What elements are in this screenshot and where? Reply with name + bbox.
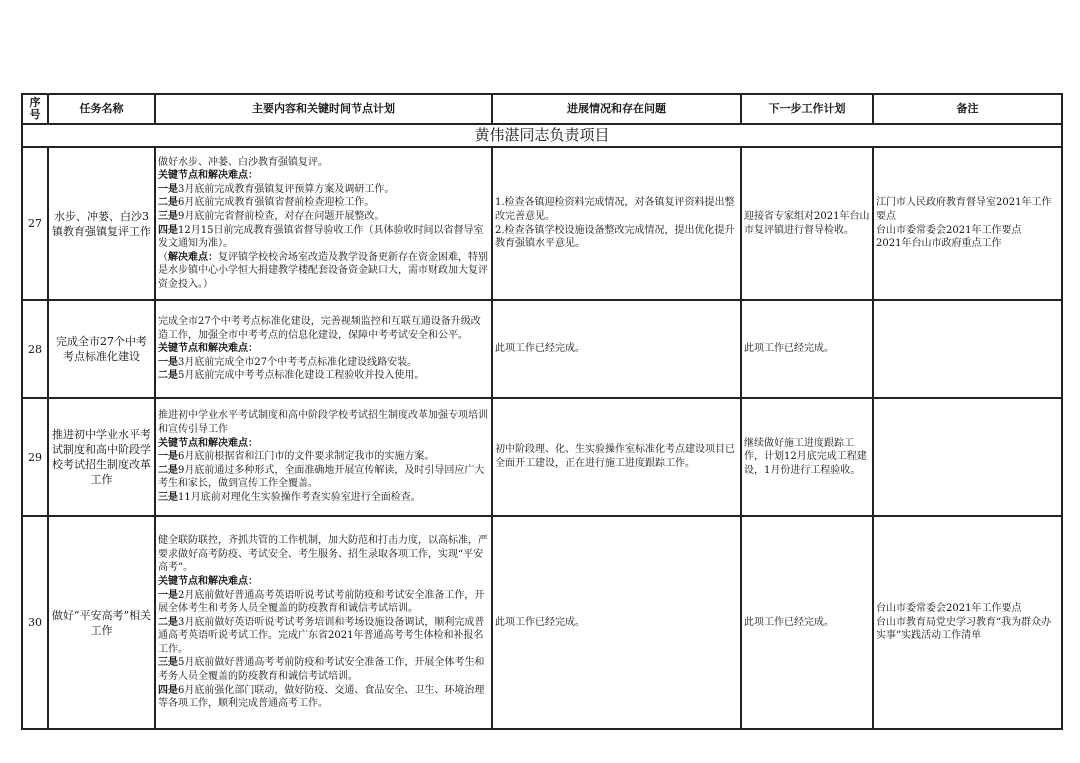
row-progress: 此项工作已经完成。 [492, 300, 741, 398]
header-next: 下一步工作计划 [741, 94, 873, 124]
row-task: 推进初中学业水平考试制度和高中阶段学校考试招生制度改革工作 [48, 398, 155, 516]
header-task: 任务名称 [48, 94, 155, 124]
content-item: 三是11月底前对理化生实验操作考查实验室进行全面检查。 [158, 491, 489, 505]
row-next: 继续做好施工进度跟踪工作，计划12月底完成工程建设，1月份进行工程验收。 [741, 398, 873, 516]
row-content: 健全联防联控，齐抓共管的工作机制，加大防范和打击力度，以高标准，严要求做好高考防… [155, 516, 492, 729]
row-task: 做好“平安高考”相关工作 [48, 516, 155, 729]
content-item: 二是3月底前做好英语听说考试考务培训和考场设施设备调试，顺利完成普通高考英语听说… [158, 616, 489, 657]
row-next: 迎接省专家组对2021年台山市复评镇进行督导检收。 [741, 147, 873, 300]
row-progress: 初中阶段理、化、生实验操作室标准化考点建设项目已全面开工建设，正在进行施工进度跟… [492, 398, 741, 516]
row-remarks: 台山市委常委会2021年工作要点 台山市教育局党史学习教育“我为群众办实事”实践… [873, 516, 1062, 729]
section-title: 黄伟湛同志负责项目 [22, 124, 1062, 147]
key-label: 关键节点和解决难点： [158, 576, 258, 587]
header-row: 序号 任务名称 主要内容和关键时间节点计划 进展情况和存在问题 下一步工作计划 … [22, 94, 1062, 124]
row-task: 水步、冲蒌、白沙3镇教育强镇复评工作 [48, 147, 155, 300]
content-intro: 推进初中学业水平考试制度和高中阶段学校考试招生制度改革加强专项培训和宣传引导工作 [158, 409, 489, 436]
row-next: 此项工作已经完成。 [741, 300, 873, 398]
difficulty-note: （解决难点：复评镇学校校舍场室改造及教学设备更新存在资金困难，特别是水步镇中心小… [158, 251, 489, 292]
header-seq: 序号 [22, 94, 48, 124]
key-label: 关键节点和解决难点： [158, 170, 258, 181]
row-content: 推进初中学业水平考试制度和高中阶段学校考试招生制度改革加强专项培训和宣传引导工作… [155, 398, 492, 516]
row-remarks [873, 398, 1062, 516]
content-intro: 健全联防联控，齐抓共管的工作机制，加大防范和打击力度，以高标准，严要求做好高考防… [158, 534, 489, 575]
table-row: 28 完成全市27个中考考点标准化建设 完成全市27个中考考点标准化建设，完善视… [22, 300, 1062, 398]
row-progress: 1.检查各镇迎检资料完成情况，对各镇复评资料提出整改完善意见。 2.检查各镇学校… [492, 147, 741, 300]
row-seq: 28 [22, 300, 48, 398]
table-row: 30 做好“平安高考”相关工作 健全联防联控，齐抓共管的工作机制，加大防范和打击… [22, 516, 1062, 729]
key-label: 关键节点和解决难点： [158, 343, 258, 354]
content-item: 一是2月底前做好普通高考英语听说考试考前防疫和考试安全准备工作，开展全体考生和考… [158, 589, 489, 616]
table-row: 27 水步、冲蒌、白沙3镇教育强镇复评工作 做好水步、冲蒌、白沙教育强镇复评。 … [22, 147, 1062, 300]
content-item: 二是6月底前完成教育强镇省督前检查迎检工作。 [158, 196, 489, 210]
header-remarks: 备注 [873, 94, 1062, 124]
header-content: 主要内容和关键时间节点计划 [155, 94, 492, 124]
content-item: 一是6月底前根据省和江门市的文件要求制定我市的实施方案。 [158, 450, 489, 464]
content-item: 一是3月底前完成教育强镇复评预算方案及调研工作。 [158, 183, 489, 197]
row-next: 此项工作已经完成。 [741, 516, 873, 729]
content-intro: 做好水步、冲蒌、白沙教育强镇复评。 [158, 156, 489, 170]
row-seq: 30 [22, 516, 48, 729]
row-task: 完成全市27个中考考点标准化建设 [48, 300, 155, 398]
row-remarks [873, 300, 1062, 398]
header-progress: 进展情况和存在问题 [492, 94, 741, 124]
content-item: 二是5月底前完成中考考点标准化建设工程验收并投入使用。 [158, 369, 489, 383]
content-item: 四是6月底前强化部门联动，做好防疫、交通、食品安全、卫生、环境治理等各项工作，顺… [158, 684, 489, 711]
row-progress: 此项工作已经完成。 [492, 516, 741, 729]
row-seq: 27 [22, 147, 48, 300]
row-content: 做好水步、冲蒌、白沙教育强镇复评。 关键节点和解决难点： 一是3月底前完成教育强… [155, 147, 492, 300]
row-remarks: 江门市人民政府教育督导室2021年工作要点 台山市委常委会2021年工作要点 2… [873, 147, 1062, 300]
section-row: 黄伟湛同志负责项目 [22, 124, 1062, 147]
row-seq: 29 [22, 398, 48, 516]
content-item: 四是12月15日前完成教育强镇省督导验收工作（具体验收时间以省督导室发文通知为准… [158, 224, 489, 251]
table-row: 29 推进初中学业水平考试制度和高中阶段学校考试招生制度改革工作 推进初中学业水… [22, 398, 1062, 516]
content-item: 三是9月底前完省督前检查，对存在问题开展整改。 [158, 210, 489, 224]
content-item: 一是3月底前完成全市27个中考考点标准化建设线路安装。 [158, 356, 489, 370]
content-item: 三是5月底前做好普通高考考前防疫和考试安全准备工作，开展全体考生和考务人员全覆盖… [158, 656, 489, 683]
work-plan-table: 序号 任务名称 主要内容和关键时间节点计划 进展情况和存在问题 下一步工作计划 … [21, 93, 1063, 730]
row-content: 完成全市27个中考考点标准化建设，完善视频监控和互联互通设备升级改造工作，加强全… [155, 300, 492, 398]
content-intro: 完成全市27个中考考点标准化建设，完善视频监控和互联互通设备升级改造工作，加强全… [158, 315, 489, 342]
key-label: 关键节点和解决难点： [158, 438, 258, 449]
content-item: 二是9月底前通过多种形式，全面准确地开展宣传解读，及时引导回应广大考生和家长，做… [158, 464, 489, 491]
